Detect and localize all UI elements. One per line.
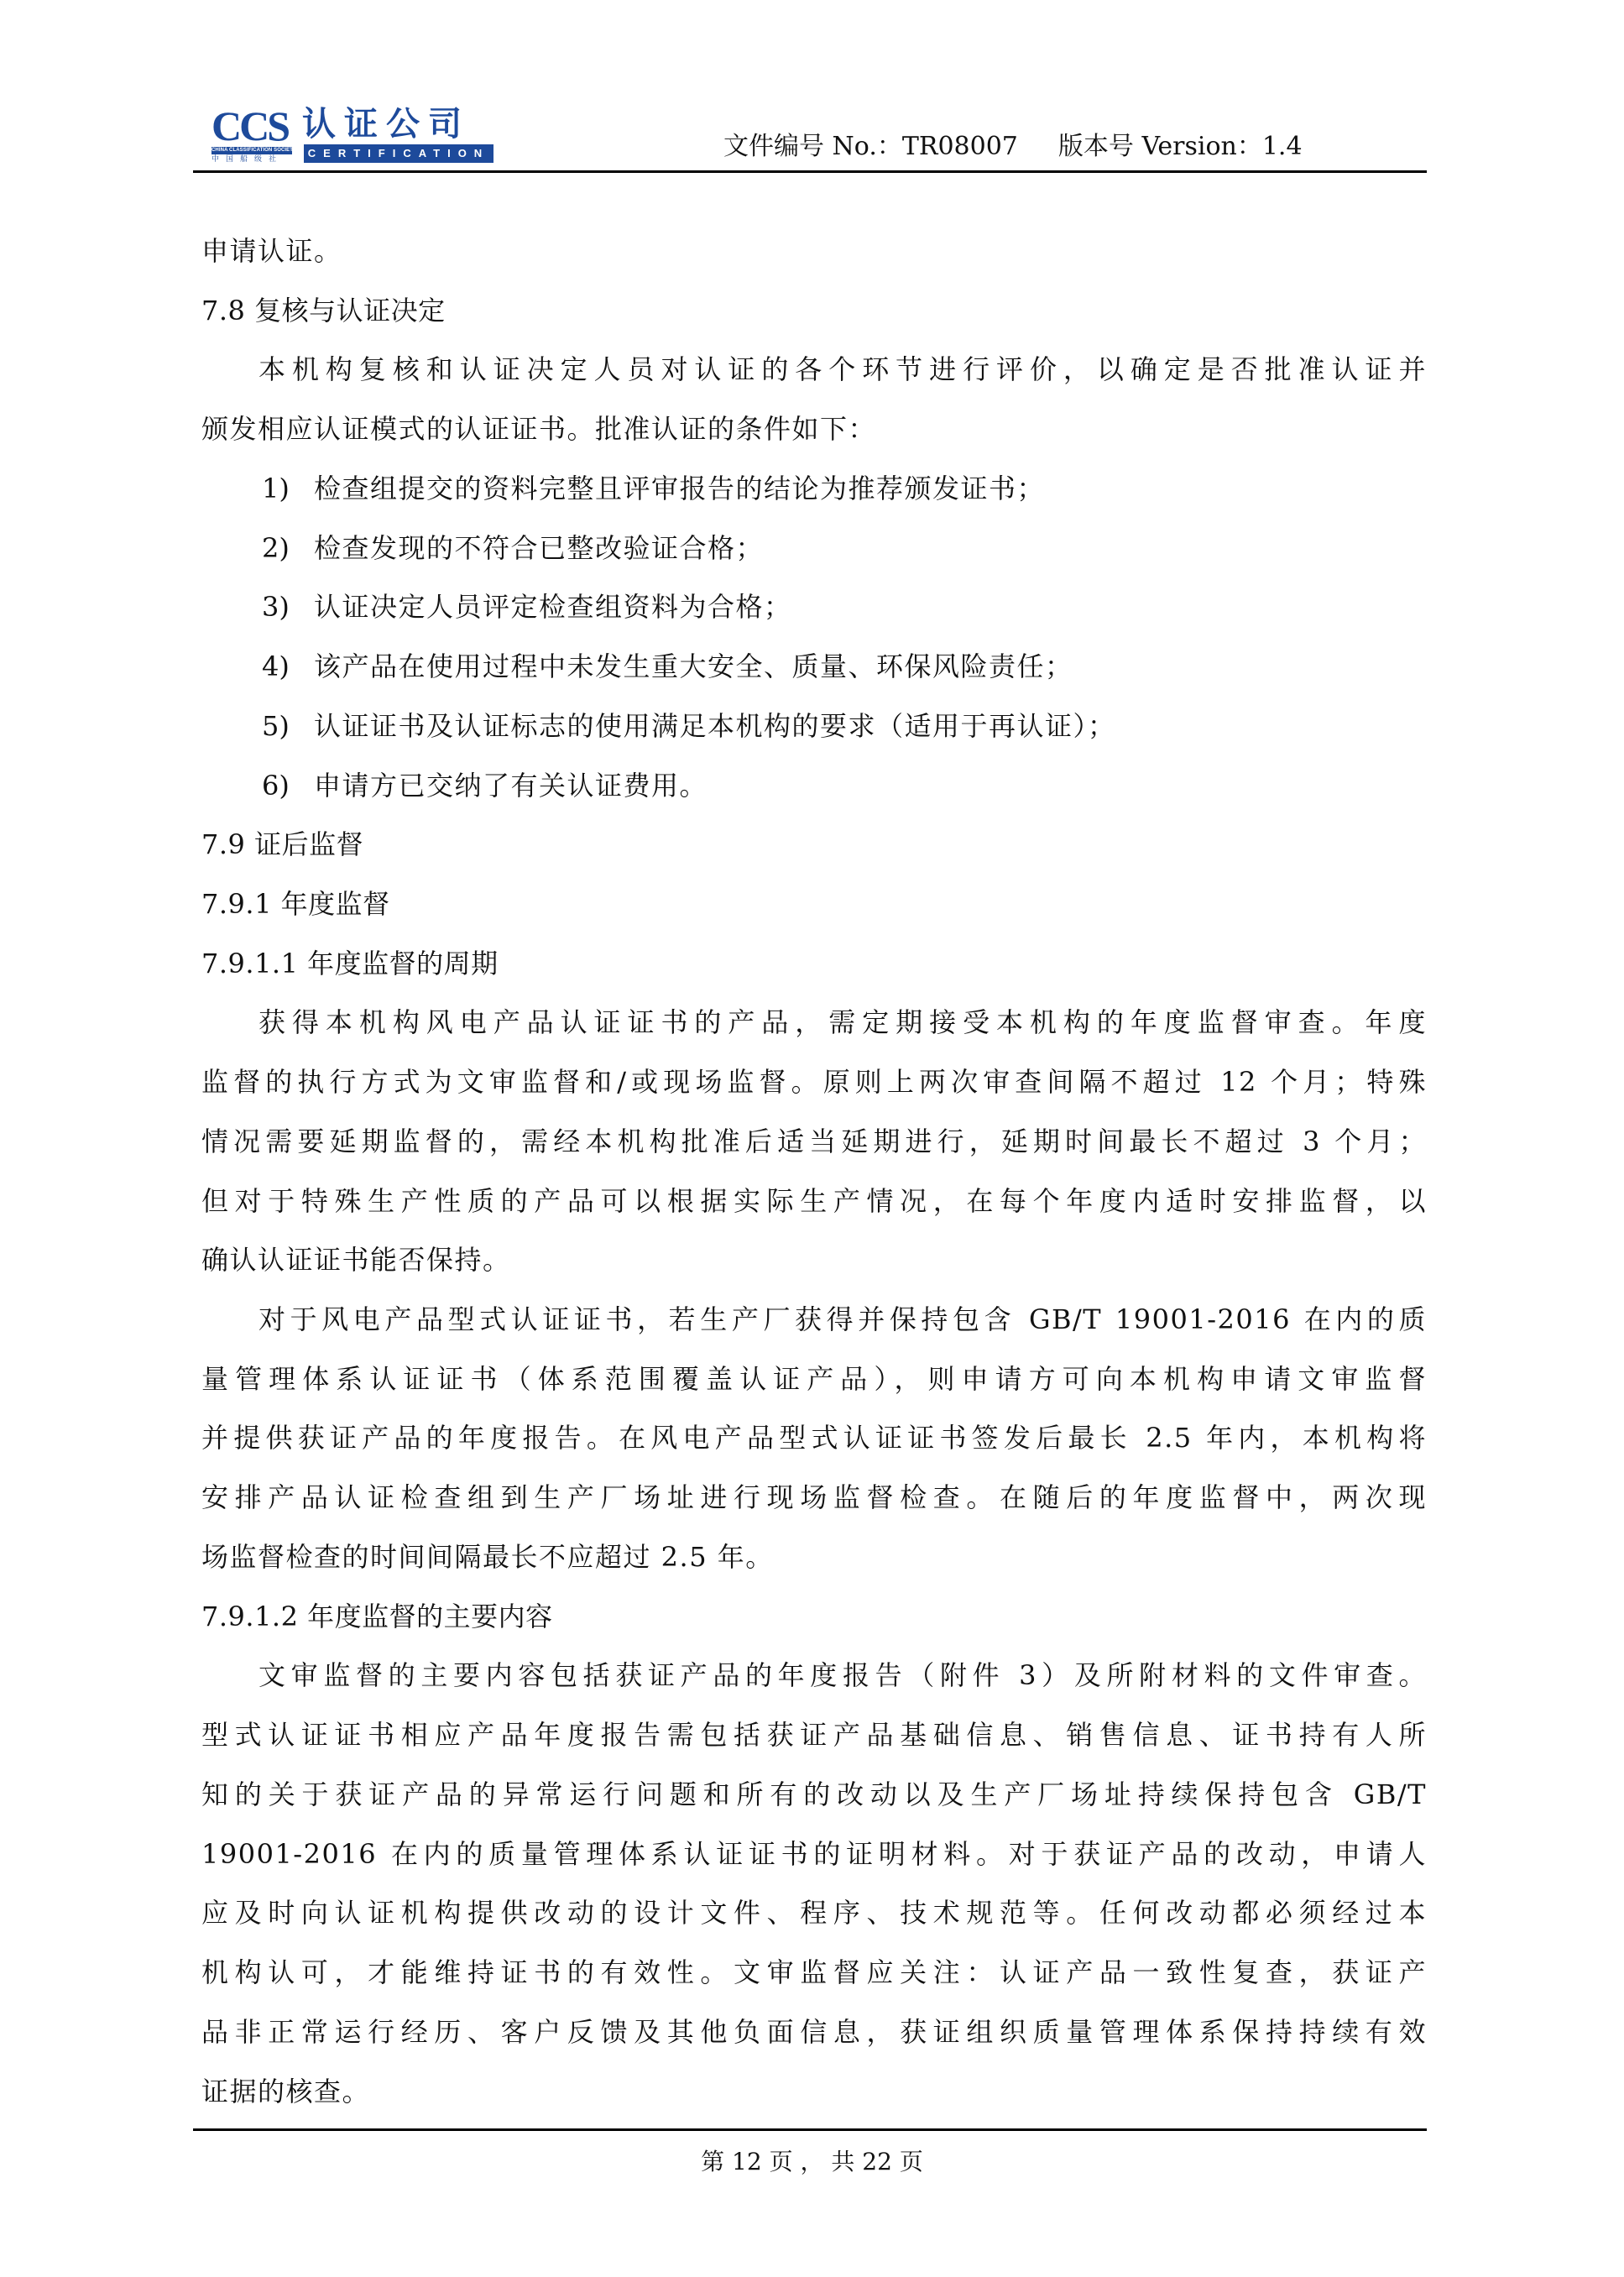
logo-ccs-mark: CCS [211, 106, 288, 146]
paragraph-line: 知的关于获证产品的异常运行问题和所有的改动以及生产厂场址持续保持包含 GB/T [201, 1778, 1427, 1811]
section-heading-7-8: 7.8 复核与认证决定 [201, 294, 1427, 327]
document-page: CCS CHINA CLASSIFICATION SOCIETY 中国船级社 认… [0, 0, 1624, 2277]
logo-society-cn: 中国船级社 [211, 155, 292, 165]
paragraph-line: 颁发相应认证模式的认证证书。批准认证的条件如下： [201, 412, 1427, 446]
version-label: 版本号 Version： [1058, 132, 1262, 161]
logo-society-bar: CHINA CLASSIFICATION SOCIETY [211, 147, 292, 154]
paragraph-line: 型式认证证书相应产品年度报告需包括获证产品基础信息、销售信息、证书持有人所 [201, 1718, 1427, 1752]
list-item-text: 该产品在使用过程中未发生重大安全、质量、环保风险责任； [314, 650, 1073, 682]
list-number: 5) [262, 709, 314, 743]
logo-certification-bar: CERTIFICATION [304, 144, 493, 163]
list-number: 3) [262, 590, 314, 624]
list-item-text: 检查发现的不符合已整改验证合格； [314, 532, 764, 564]
list-item: 4)该产品在使用过程中未发生重大安全、质量、环保风险责任； [262, 650, 1427, 683]
doc-number-label: 文件编号 No.： [723, 132, 902, 161]
paragraph-line: 对于风电产品型式认证证书，若生产厂获得并保持包含 GB/T 19001-2016… [258, 1303, 1427, 1336]
paragraph-line: 19001-2016 在内的质量管理体系认证证书的证明材料。对于获证产品的改动，… [201, 1837, 1427, 1871]
footer-divider [193, 2128, 1427, 2131]
version-number: 1.4 [1262, 132, 1303, 161]
header-divider [193, 170, 1427, 173]
list-number: 6) [262, 769, 314, 802]
section-heading-7-9-1-1: 7.9.1.1 年度监督的周期 [201, 947, 1427, 980]
list-number: 4) [262, 650, 314, 683]
paragraph-line: 但对于特殊生产性质的产品可以根据实际生产情况，在每个年度内适时安排监督，以 [201, 1184, 1427, 1218]
ccs-certification-logo: CCS CHINA CLASSIFICATION SOCIETY 中国船级社 认… [210, 106, 495, 166]
paragraph-line: 并提供获证产品的年度报告。在风电产品型式认证证书签发后最长 2.5 年内，本机构… [201, 1421, 1427, 1454]
section-heading-7-9: 7.9 证后监督 [201, 828, 1427, 861]
paragraph-line: 申请认证。 [201, 234, 1427, 268]
paragraph-line: 安排产品认证检查组到生产厂场址进行现场监督检查。在随后的年度监督中，两次现 [201, 1481, 1427, 1514]
list-item: 5)认证证书及认证标志的使用满足本机构的要求（适用于再认证）； [262, 709, 1427, 743]
paragraph-line: 确认认证证书能否保持。 [201, 1243, 1427, 1277]
list-item-text: 认证决定人员评定检查组资料为合格； [314, 591, 792, 623]
paragraph-line: 获得本机构风电产品认证证书的产品，需定期接受本机构的年度监督审查。年度 [258, 1005, 1427, 1039]
list-item-text: 申请方已交纳了有关认证费用。 [314, 770, 708, 802]
list-number: 1) [262, 472, 314, 505]
list-item: 3)认证决定人员评定检查组资料为合格； [262, 590, 1427, 624]
section-heading-7-9-1-2: 7.9.1.2 年度监督的主要内容 [201, 1600, 1427, 1633]
paragraph-line: 品非正常运行经历、客户反馈及其他负面信息，获证组织质量管理体系保持持续有效 [201, 2015, 1427, 2049]
page-number: 第 12 页 ， 共 22 页 [0, 2145, 1624, 2179]
paragraph-line: 量管理体系认证证书（体系范围覆盖认证产品），则申请方可向本机构申请文审监督 [201, 1362, 1427, 1396]
list-item-text: 认证证书及认证标志的使用满足本机构的要求（适用于再认证）； [314, 710, 1116, 742]
paragraph-line: 场监督检查的时间间隔最长不应超过 2.5 年。 [201, 1540, 1427, 1574]
list-item: 2)检查发现的不符合已整改验证合格； [262, 531, 1427, 565]
paragraph-line: 应及时向认证机构提供改动的设计文件、程序、技术规范等。任何改动都必须经过本 [201, 1896, 1427, 1930]
paragraph-line: 情况需要延期监督的，需经本机构批准后适当延期进行，延期时间最长不超过 3 个月； [201, 1125, 1427, 1158]
list-item: 1)检查组提交的资料完整且评审报告的结论为推荐颁发证书； [262, 472, 1427, 505]
paragraph-line: 本机构复核和认证决定人员对认证的各个环节进行评价，以确定是否批准认证并 [258, 353, 1427, 386]
list-number: 2) [262, 531, 314, 565]
list-item-text: 检查组提交的资料完整且评审报告的结论为推荐颁发证书； [314, 473, 1045, 504]
document-meta: 文件编号 No.：TR08007版本号 Version：1.4 [723, 131, 1428, 163]
logo-company-cn: 认证公司 [302, 106, 470, 143]
paragraph-line: 机构认可，才能维持证书的有效性。文审监督应关注：认证产品一致性复查，获证产 [201, 1956, 1427, 1989]
paragraph-line: 证据的核查。 [201, 2075, 1427, 2108]
paragraph-line: 文审监督的主要内容包括获证产品的年度报告（附件 3）及所附材料的文件审查。 [258, 1658, 1427, 1692]
doc-number: TR08007 [902, 132, 1018, 161]
list-item: 6)申请方已交纳了有关认证费用。 [262, 769, 1427, 802]
section-heading-7-9-1: 7.9.1 年度监督 [201, 887, 1427, 921]
paragraph-line: 监督的执行方式为文审监督和/或现场监督。原则上两次审查间隔不超过 12 个月；特… [201, 1065, 1427, 1099]
